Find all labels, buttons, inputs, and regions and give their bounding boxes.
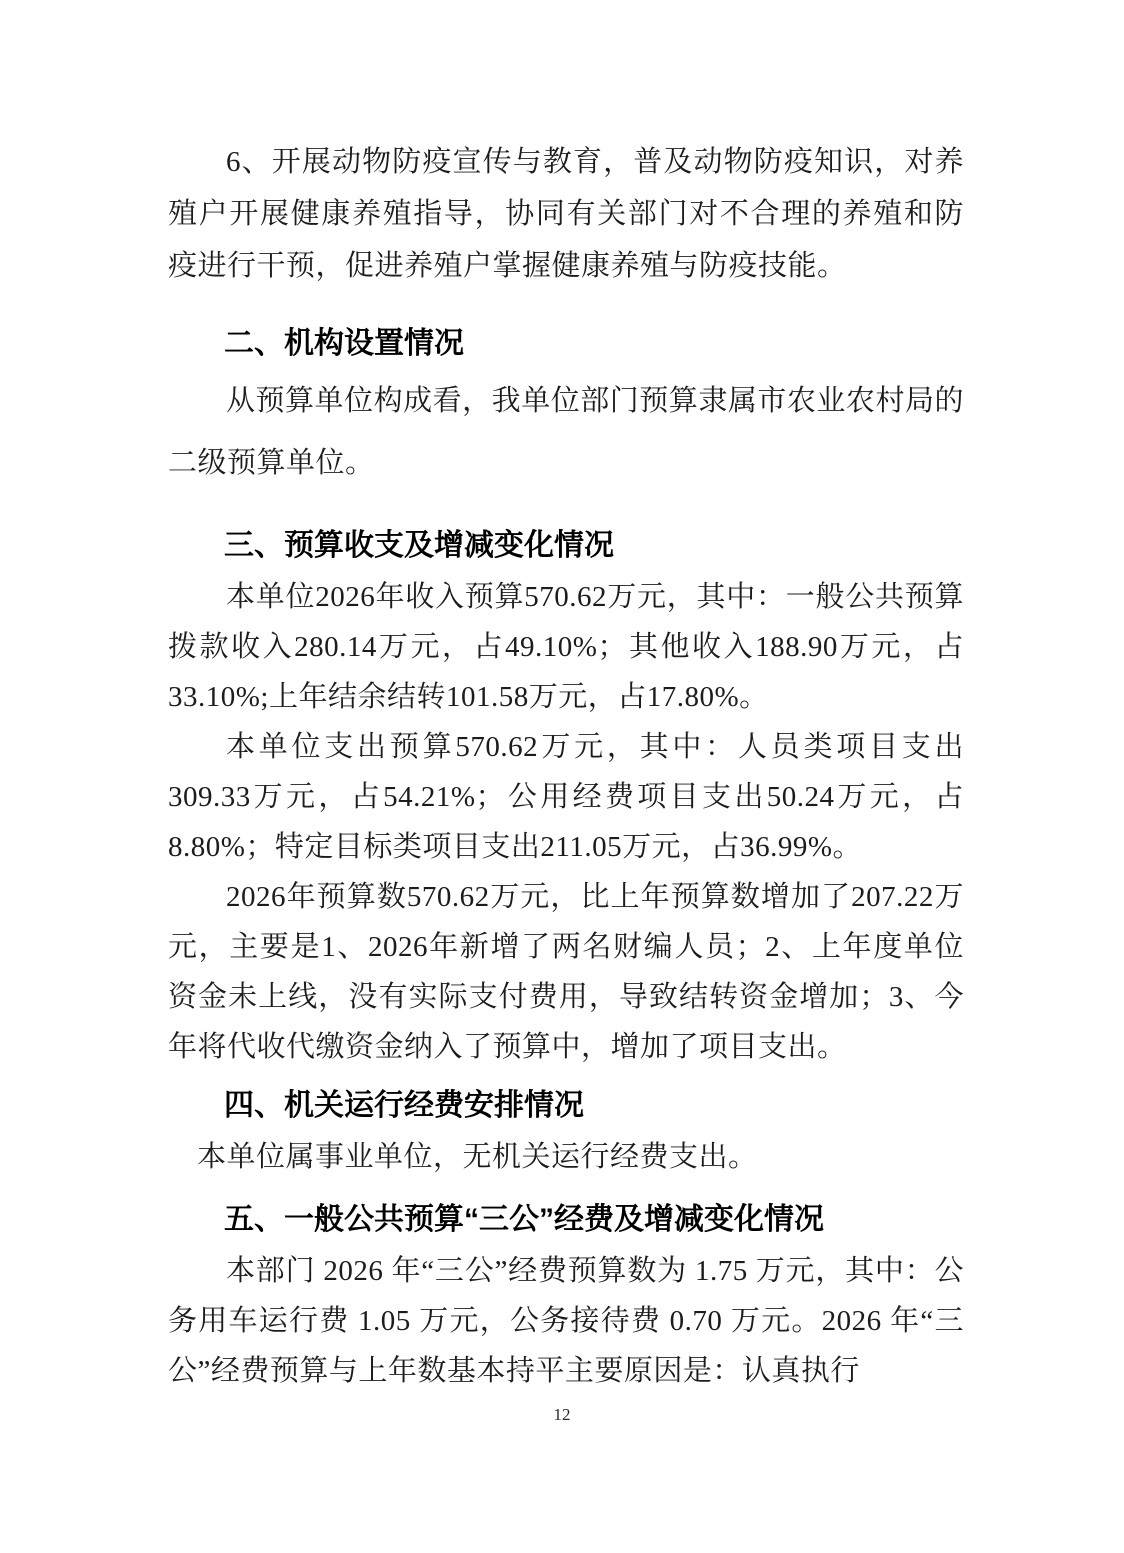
page-number: 12 [0, 1404, 1124, 1426]
page-content: 6、开展动物防疫宣传与教育，普及动物防疫知识，对养殖户开展健康养殖指导，协同有关… [0, 136, 1124, 1396]
paragraph-item-6-animal-epidemic: 6、开展动物防疫宣传与教育，普及动物防疫知识，对养殖户开展健康养殖指导，协同有关… [168, 136, 964, 292]
paragraph-three-public-expenses: 本部门 2026 年“三公”经费预算数为 1.75 万元，其中：公务用车运行费 … [168, 1246, 964, 1396]
paragraph-organization-setup: 从预算单位构成看，我单位部门预算隶属市农业农村局的二级预算单位。 [168, 370, 964, 494]
paragraph-operating-funds: 本单位属事业单位，无机关运行经费支出。 [168, 1132, 964, 1182]
document-page: 6、开展动物防疫宣传与教育，普及动物防疫知识，对养殖户开展健康养殖指导，协同有关… [0, 0, 1124, 1553]
paragraph-expenditure-budget: 本单位支出预算570.62万元，其中：人员类项目支出309.33万元，占54.2… [168, 722, 964, 872]
section-heading-organization-setup: 二、机构设置情况 [168, 318, 964, 370]
section-heading-budget-changes: 三、预算收支及增减变化情况 [168, 520, 964, 572]
paragraph-budget-increase-reasons: 2026年预算数570.62万元，比上年预算数增加了207.22万元，主要是1、… [168, 872, 964, 1072]
section-heading-three-public-expenses: 五、一般公共预算“三公”经费及增减变化情况 [168, 1194, 964, 1246]
paragraph-income-budget: 本单位2026年收入预算570.62万元，其中：一般公共预算拨款收入280.14… [168, 572, 964, 722]
section-heading-operating-funds: 四、机关运行经费安排情况 [168, 1080, 964, 1132]
